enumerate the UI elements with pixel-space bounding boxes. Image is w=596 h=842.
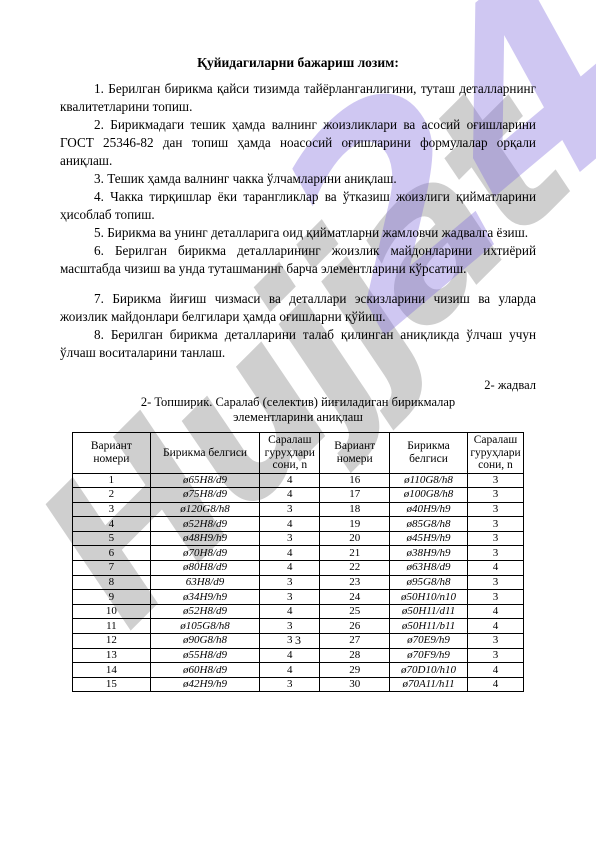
table-row: 2ø75H8/d9417ø100G8/h83: [73, 488, 524, 503]
task-item-1: 1. Берилган бирикма қайси тизимда тайёрл…: [60, 80, 536, 116]
page-number: 3: [0, 633, 596, 648]
group-count-cell: 3: [467, 488, 523, 503]
group-count-cell: 3: [260, 590, 320, 605]
fit-designation-cell: ø40H9/h9: [390, 502, 468, 517]
variant-number-cell: 22: [320, 561, 390, 576]
group-count-cell: 3: [467, 473, 523, 488]
fit-designation-cell: ø80H8/d9: [150, 561, 260, 576]
fit-designation-cell: ø65H8/d9: [150, 473, 260, 488]
group-count-cell: 4: [260, 663, 320, 678]
fit-designation-cell: ø105G8/h8: [150, 619, 260, 634]
group-count-cell: 4: [260, 488, 320, 503]
group-count-cell: 4: [467, 604, 523, 619]
table-row: 3ø120G8/h8318ø40H9/h93: [73, 502, 524, 517]
group-count-cell: 3: [467, 502, 523, 517]
table-row: 9ø34H9/h9324ø50H10/n103: [73, 590, 524, 605]
task-item-4: 4. Чакка тирқишлар ёки тарангликлар ва ў…: [60, 188, 536, 224]
group-count-cell: 3: [467, 590, 523, 605]
variant-number-cell: 20: [320, 531, 390, 546]
variant-number-cell: 2: [73, 488, 151, 503]
group-count-cell: 3: [467, 517, 523, 532]
table-row: 14ø60H8/d9429ø70D10/h104: [73, 663, 524, 678]
task-item-2: 2. Бирикмадаги тешик ҳамда валнинг жоизл…: [60, 116, 536, 170]
table-row: 15ø42H9/h9330ø70A11/h114: [73, 677, 524, 692]
variant-number-cell: 3: [73, 502, 151, 517]
page-title: Қуйидагиларни бажариш лозим:: [60, 54, 536, 72]
fit-designation-cell: ø50H11/b11: [390, 619, 468, 634]
group-count-cell: 4: [467, 619, 523, 634]
group-count-cell: 4: [260, 648, 320, 663]
task-item-3: 3. Тешик ҳамда валнинг чакка ўлчамларини…: [60, 170, 536, 188]
fit-designation-cell: ø100G8/h8: [390, 488, 468, 503]
table-caption: 2- Топширик. Саралаб (селектив) йиғилади…: [60, 395, 536, 425]
task-item-8: 8. Берилган бирикма деталларини талаб қи…: [60, 326, 536, 362]
variant-number-cell: 29: [320, 663, 390, 678]
fit-designation-cell: ø55H8/d9: [150, 648, 260, 663]
fit-designation-cell: ø63H8/d9: [390, 561, 468, 576]
group-count-cell: 4: [467, 663, 523, 678]
fit-designation-cell: ø85G8/h8: [390, 517, 468, 532]
group-count-cell: 3: [260, 531, 320, 546]
table-header-row: Вариант номериБирикма белгисиСаралаш гур…: [73, 433, 524, 474]
fit-designation-cell: ø48H9/h9: [150, 531, 260, 546]
group-count-cell: 4: [467, 561, 523, 576]
table-row: 5ø48H9/h9320ø45H9/h93: [73, 531, 524, 546]
variant-number-cell: 9: [73, 590, 151, 605]
group-count-cell: 3: [467, 531, 523, 546]
table-header-cell: Вариант номери: [73, 433, 151, 474]
variant-number-cell: 23: [320, 575, 390, 590]
fit-designation-cell: ø38H9/h9: [390, 546, 468, 561]
variant-number-cell: 6: [73, 546, 151, 561]
task-item-5: 5. Бирикма ва унинг деталларига оид қийм…: [60, 224, 536, 242]
fit-designation-cell: 63H8/d9: [150, 575, 260, 590]
group-count-cell: 4: [260, 517, 320, 532]
variant-number-cell: 15: [73, 677, 151, 692]
fit-designation-cell: ø42H9/h9: [150, 677, 260, 692]
group-count-cell: 3: [260, 619, 320, 634]
group-count-cell: 3: [467, 575, 523, 590]
table-header-cell: Бирикма белгиси: [390, 433, 468, 474]
group-count-cell: 3: [260, 677, 320, 692]
group-count-cell: 3: [467, 546, 523, 561]
fit-designation-cell: ø120G8/h8: [150, 502, 260, 517]
group-count-cell: 3: [260, 502, 320, 517]
table-row: 10ø52H8/d9425ø50H11/d114: [73, 604, 524, 619]
variant-number-cell: 21: [320, 546, 390, 561]
table-number-label: 2- жадвал: [60, 378, 536, 393]
table-row: 13ø55H8/d9428ø70F9/h93: [73, 648, 524, 663]
group-count-cell: 4: [260, 473, 320, 488]
fit-designation-cell: ø52H8/d9: [150, 517, 260, 532]
group-count-cell: 4: [467, 677, 523, 692]
variant-number-cell: 30: [320, 677, 390, 692]
variant-number-cell: 8: [73, 575, 151, 590]
variant-number-cell: 5: [73, 531, 151, 546]
table-row: 863H8/d9323ø95G8/h83: [73, 575, 524, 590]
variant-number-cell: 26: [320, 619, 390, 634]
group-count-cell: 4: [260, 604, 320, 619]
variant-number-cell: 7: [73, 561, 151, 576]
variant-number-cell: 25: [320, 604, 390, 619]
variant-number-cell: 10: [73, 604, 151, 619]
table-header-cell: Бирикма белгиси: [150, 433, 260, 474]
fit-designation-cell: ø75H8/d9: [150, 488, 260, 503]
table-row: 6ø70H8/d9421ø38H9/h93: [73, 546, 524, 561]
table-header-cell: Саралаш гуруҳлари сони, n: [467, 433, 523, 474]
fit-designation-cell: ø52H8/d9: [150, 604, 260, 619]
fit-designation-cell: ø110G8/h8: [390, 473, 468, 488]
task-item-6: 6. Берилган бирикма деталларининг жоизли…: [60, 242, 536, 278]
group-count-cell: 4: [260, 546, 320, 561]
fit-designation-cell: ø95G8/h8: [390, 575, 468, 590]
group-count-cell: 3: [467, 648, 523, 663]
fit-designation-cell: ø50H10/n10: [390, 590, 468, 605]
fit-designation-cell: ø70A11/h11: [390, 677, 468, 692]
table-row: 1ø65H8/d9416ø110G8/h83: [73, 473, 524, 488]
table-row: 7ø80H8/d9422ø63H8/d94: [73, 561, 524, 576]
variant-number-cell: 4: [73, 517, 151, 532]
variant-number-cell: 17: [320, 488, 390, 503]
fit-designation-cell: ø34H9/h9: [150, 590, 260, 605]
variant-number-cell: 13: [73, 648, 151, 663]
fit-designation-cell: ø70H8/d9: [150, 546, 260, 561]
fit-designation-cell: ø60H8/d9: [150, 663, 260, 678]
table-row: 11ø105G8/h8326ø50H11/b114: [73, 619, 524, 634]
variant-number-cell: 1: [73, 473, 151, 488]
variant-number-cell: 16: [320, 473, 390, 488]
fit-designation-cell: ø45H9/h9: [390, 531, 468, 546]
fit-designation-cell: ø70F9/h9: [390, 648, 468, 663]
table-header-cell: Вариант номери: [320, 433, 390, 474]
fit-designation-cell: ø70D10/h10: [390, 663, 468, 678]
task-item-7: 7. Бирикма йиғиш чизмаси ва деталлари эс…: [60, 290, 536, 326]
table-caption-line1: 2- Топширик. Саралаб (селектив) йиғилади…: [60, 395, 536, 410]
variant-number-cell: 11: [73, 619, 151, 634]
table-header-cell: Саралаш гуруҳлари сони, n: [260, 433, 320, 474]
group-count-cell: 3: [260, 575, 320, 590]
variant-number-cell: 19: [320, 517, 390, 532]
document-content: Қуйидагиларни бажариш лозим: 1. Берилган…: [0, 0, 596, 692]
variant-number-cell: 24: [320, 590, 390, 605]
document-page: Hujjat 24 Қуйидагиларни бажариш лозим: 1…: [0, 0, 596, 842]
variant-number-cell: 18: [320, 502, 390, 517]
variant-number-cell: 14: [73, 663, 151, 678]
group-count-cell: 4: [260, 561, 320, 576]
variant-number-cell: 28: [320, 648, 390, 663]
fit-designation-cell: ø50H11/d11: [390, 604, 468, 619]
table-caption-line2: элементларини аниқлаш: [60, 410, 536, 425]
variants-table: Вариант номериБирикма белгисиСаралаш гур…: [72, 432, 524, 692]
table-row: 4ø52H8/d9419ø85G8/h83: [73, 517, 524, 532]
